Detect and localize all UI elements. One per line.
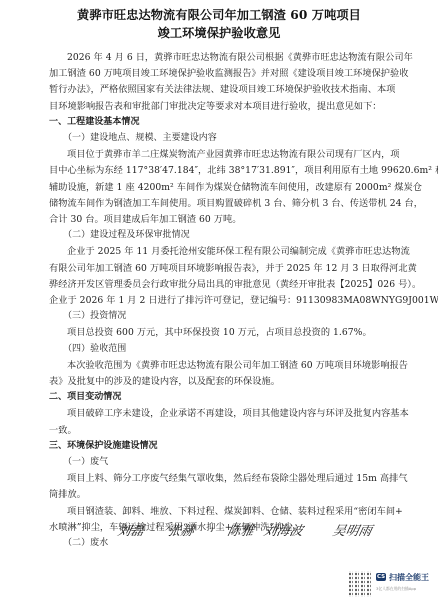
paragraph-line: 2026 年 4 月 6 日，黄骅市旺忠达物流有限公司根据《黄骅市旺忠达物流有限…	[67, 49, 413, 63]
subsection-heading: （一）建设地点、规模、主要建设内容	[63, 130, 217, 143]
paragraph-line: 储物流车间作为钢渣加工车间使用。项目购置破碎机 3 台、筛分机 3 台、传送带机…	[49, 195, 423, 209]
paragraph-line: 合计 30 台。项目建成后年加工钢渣 60 万吨。	[49, 211, 242, 225]
paragraph-line: 筒排放。	[49, 486, 86, 500]
paragraph-line: 项目钢渣装、卸料、堆放、下料过程、煤炭卸料、仓储、装料过程采用“密闭车间+	[67, 503, 403, 517]
paragraph-line: 加工钢渣 60 万吨项目竣工环境保护验收监测报告》并对照《建设项目竣工环境保护验…	[49, 65, 409, 79]
document-title-line2: 竣工环境保护验收意见	[0, 24, 438, 41]
signature-mark: 1	[209, 527, 214, 534]
watermark-slogan: 3亿人都在用的扫描App	[376, 586, 416, 592]
paragraph-line: 目中心坐标为东经 117°38′47.184″，北纬 38°17′31.891″…	[49, 162, 438, 176]
watermark-brand: 扫描全能王	[389, 572, 429, 583]
paragraph-line: 企业于 2026 年 1 月 2 日进行了排污许可登记，登记编号：9113098…	[49, 292, 438, 306]
signature-4: 刘海波	[262, 520, 305, 539]
paragraph-line: 本次验收范围为《黄骅市旺忠达物流有限公司年加工钢渣 60 万吨项目环境影响报告	[67, 357, 408, 371]
signature-1: 刘磊	[116, 520, 146, 539]
section-heading: 二、项目变动情况	[49, 389, 121, 402]
section-heading: 一、工程建设基本情况	[49, 114, 140, 127]
qr-code-icon	[349, 571, 371, 597]
document-page: 黄骅市旺忠达物流有限公司年加工钢渣 60 万吨项目 竣工环境保护验收意见 202…	[0, 0, 438, 600]
paragraph-line: 项目破碎工序未建设，企业承诺不再建设，项目其他建设内容与环评及批复内容基本	[67, 405, 409, 419]
subsection-heading: （二）废水	[63, 535, 108, 548]
signature-2: 张赫	[166, 520, 196, 539]
camscanner-logo-icon: CS	[376, 573, 386, 581]
subsection-heading: （一）废气	[63, 454, 108, 467]
paragraph-line: 项目位于黄骅市羊二庄煤炭物流产业园黄骅市旺忠达物流有限公司现有厂区内，项	[67, 146, 400, 160]
paragraph-line: 辅助设施，新建 1 座 4200m² 车间作为煤炭仓储物流车间使用，改建原有 2…	[49, 179, 422, 193]
paragraph-line: 项目上料、筛分工序废气经集气罩收集，然后经布袋除尘器处理后通过 15m 高排气	[67, 470, 408, 484]
subsection-heading: （三）投资情况	[63, 308, 126, 321]
paragraph-line: 有限公司年加工钢渣 60 万吨项目环境影响报告表》，并于 2025 年 12 月…	[49, 260, 417, 274]
subsection-heading: （二）建设过程及环保审批情况	[63, 227, 190, 240]
document-title-line1: 黄骅市旺忠达物流有限公司年加工钢渣 60 万吨项目	[0, 6, 438, 23]
paragraph-line: 目环境影响报告表和审批部门审批决定等要求对本项目进行验收，提出意见如下：	[49, 98, 382, 112]
paragraph-line: 表》及批复中的涉及的建设内容，以及配套的环保设施。	[49, 373, 280, 387]
paragraph-line: 一致。	[49, 422, 77, 436]
scanner-watermark: CS 扫描全能王 3亿人都在用的扫描App	[347, 571, 437, 599]
section-heading: 三、环境保护设施建设情况	[49, 438, 158, 451]
paragraph-line: 企业于 2025 年 11 月委托沧州安能环保工程有限公司编制完成《黄骅市旺忠达…	[67, 243, 410, 257]
subsection-heading: （四）验收范围	[63, 341, 126, 354]
paragraph-line: 项目总投资 600 万元，其中环保投资 10 万元，占项目总投资的 1.67%。	[67, 324, 372, 338]
signature-5: 吴明雨	[331, 520, 374, 539]
signature-3: 陈雅	[226, 520, 256, 539]
paragraph-line: 暂行办法》，严格依照国家有关法律法规、建设项目竣工环境保护验收技术指南、本项	[49, 81, 395, 95]
paragraph-line: 骅经济开发区管理委员会行政审批分局出具的审批意见（黄经开审批表【2025】026…	[49, 276, 421, 290]
